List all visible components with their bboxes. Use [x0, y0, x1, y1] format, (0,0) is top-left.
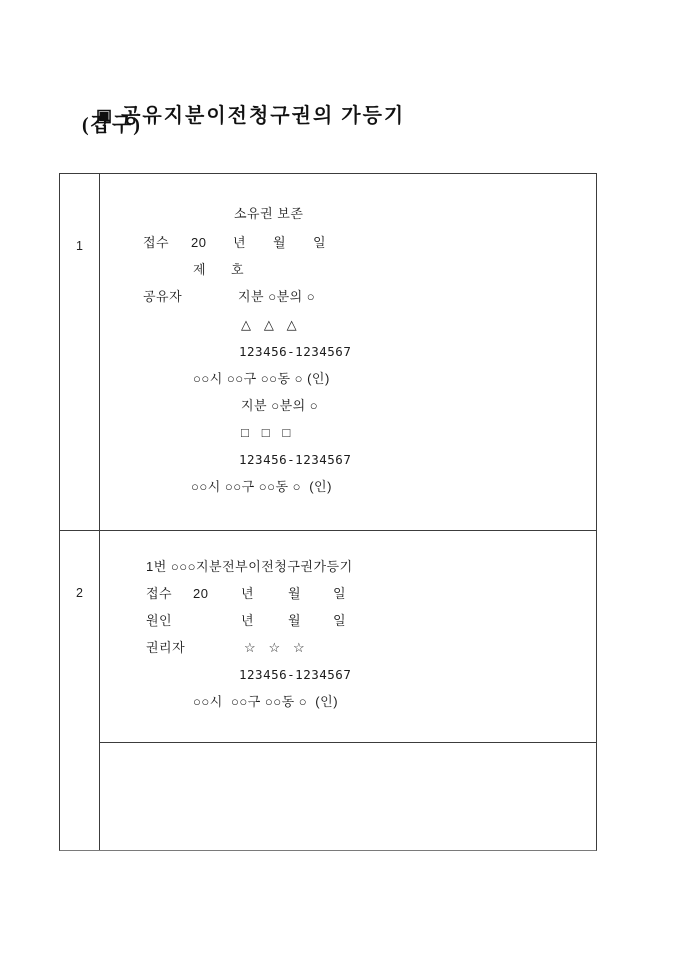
- row2-receipt-month-label: 월: [288, 586, 301, 602]
- row2-holder-label: 권리자: [146, 640, 185, 656]
- page-subtitle: (갑구): [82, 108, 142, 137]
- row1-owner1-address: ○○시 ○○구 ○○동 ○ (인): [193, 371, 330, 387]
- row1-owner2-reg-no: 123456-1234567: [239, 452, 351, 468]
- row1-owner2-share: 지분 ○분의 ○: [241, 398, 318, 414]
- row1-docno-prefix: 제: [193, 262, 206, 278]
- row2-holder-name-placeholder: ☆ ☆ ☆: [244, 640, 305, 656]
- row1-owner1-reg-no: 123456-1234567: [239, 344, 351, 360]
- row2-receipt-year-label: 년: [241, 586, 254, 602]
- row2-holder-address: ○○시 ○○구 ○○동 ○ (인): [193, 694, 338, 710]
- row2-heading: 1번 ○○○지분전부이전청구권가등기: [146, 559, 353, 575]
- row-divider-line: [60, 530, 596, 531]
- row2-cause-year-label: 년: [241, 613, 254, 629]
- row1-receipt-label: 접수: [143, 235, 169, 251]
- row1-year-label: 년: [233, 235, 246, 251]
- row1-owner1-name-placeholder: △ △ △: [241, 317, 297, 333]
- document-page: ▣공유지분이전청구권의 가등기 (갑구) 1 소유권 보존 접수 20 년 월 …: [0, 0, 680, 962]
- sub-row-divider-line: [100, 742, 596, 743]
- row2-holder-reg-no: 123456-1234567: [239, 667, 351, 683]
- row1-month-label: 월: [273, 235, 286, 251]
- page-title: 공유지분이전청구권의 가등기: [121, 105, 405, 127]
- row1-receipt-value: 20: [191, 235, 206, 251]
- row2-receipt-value: 20: [193, 586, 208, 602]
- registry-table: 1 소유권 보존 접수 20 년 월 일 제 호 공유자 지분 ○분의 ○ △ …: [59, 173, 597, 851]
- row2-receipt-day-label: 일: [333, 586, 346, 602]
- row1-day-label: 일: [313, 235, 326, 251]
- row2-receipt-label: 접수: [146, 586, 172, 602]
- row2-cause-month-label: 월: [288, 613, 301, 629]
- row2-cause-label: 원인: [146, 613, 172, 629]
- row1-number: 1: [60, 239, 99, 253]
- row1-heading: 소유권 보존: [234, 206, 303, 222]
- row1-owner1-share: 지분 ○분의 ○: [238, 289, 315, 305]
- column-divider-line: [99, 174, 100, 850]
- row1-owner2-address: ○○시 ○○구 ○○동 ○ (인): [191, 479, 332, 495]
- row1-owner-label: 공유자: [143, 289, 182, 305]
- row1-owner2-name-placeholder: □ □ □: [241, 425, 291, 441]
- row1-docno-suffix: 호: [231, 262, 244, 278]
- row2-cause-day-label: 일: [333, 613, 346, 629]
- row2-number: 2: [60, 586, 99, 600]
